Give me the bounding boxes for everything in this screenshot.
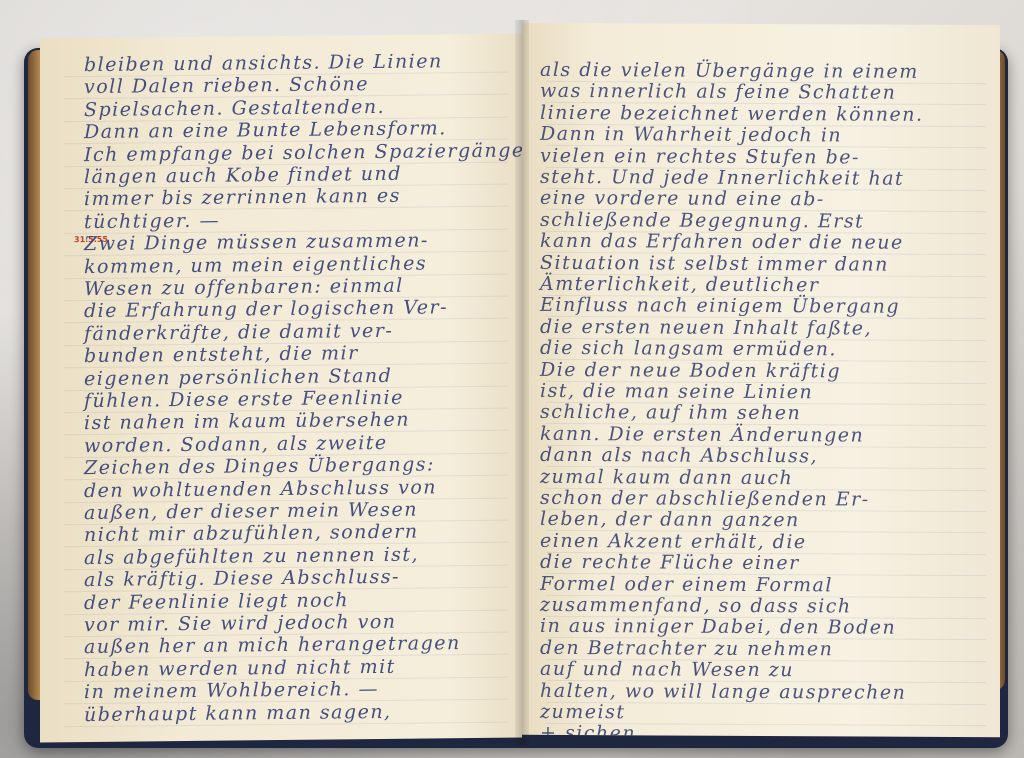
- handwritten-line: vor mir. Sie wird jedoch von: [84, 611, 397, 636]
- handwritten-line: Wesen zu offenbaren: einmal: [84, 275, 404, 300]
- handwritten-line: halten, wo will lange ausprechen: [540, 679, 906, 703]
- handwritten-line: liniere bezeichnet werden können.: [540, 102, 924, 126]
- handwritten-line: fänderkräfte, die damit ver-: [84, 320, 393, 345]
- handwritten-line: haben werden und nicht mit: [84, 656, 396, 681]
- handwritten-line: tüchtiger. —: [84, 209, 220, 232]
- handwritten-line: bunden entsteht, die mir: [84, 342, 359, 367]
- handwritten-line: Situation ist selbst immer dann: [540, 251, 889, 275]
- handwritten-line: die Erfahrung der logischen Ver-: [84, 297, 448, 323]
- handwritten-line: worden. Sodann, als zweite: [84, 432, 388, 457]
- handwritten-line: einen Akzent erhält, die: [540, 530, 807, 553]
- handwritten-line: leben, der dann ganzen: [540, 508, 800, 531]
- handwritten-line: die ersten neuen Inhalt faßte,: [540, 316, 872, 340]
- handwritten-line: nicht mir abzufühlen, sondern: [84, 521, 419, 547]
- handwritten-line: schließende Begegnung. Erst: [540, 209, 864, 233]
- left-page: 31.5.55 bleiben und ansichts. Die Linien…: [40, 33, 522, 742]
- handwritten-line: eine vordere und eine ab-: [540, 187, 825, 210]
- handwritten-line: schliche, auf ihm sehen: [540, 401, 801, 424]
- handwritten-line: Spielsachen. Gestaltenden.: [84, 96, 385, 121]
- handwritten-line: kann. Die ersten Änderungen: [540, 423, 864, 447]
- handwritten-line: Ämterlichkeit, deutlicher: [540, 273, 819, 296]
- handwritten-line: voll Dalen rieben. Schöne: [84, 73, 369, 98]
- handwritten-line: fühlen. Diese erste Feenlinie: [84, 387, 404, 412]
- handwritten-line: zumeist: [540, 701, 625, 723]
- notebook-gutter: [515, 20, 529, 745]
- handwritten-line: vielen ein rechtes Stufen be-: [540, 144, 860, 168]
- handwritten-line: als abgefühlten zu nennen ist,: [84, 543, 419, 569]
- handwritten-line: ist, die man seine Linien: [540, 380, 813, 403]
- handwritten-line: eigenen persönlichen Stand: [84, 364, 392, 389]
- handwritten-line: den wohltuenden Abschluss von: [84, 476, 437, 502]
- handwritten-line: ist nahen im kaum übersehen: [84, 409, 410, 434]
- handwritten-line: als die vielen Übergänge in einem: [540, 59, 919, 83]
- handwritten-line: den Betrachter zu nehmen: [540, 637, 833, 661]
- handwritten-line: als kräftig. Diese Abschluss-: [84, 566, 400, 591]
- handwritten-line: auf und nach Wesen zu: [540, 658, 794, 681]
- handwritten-line: Dann in Wahrheit jedoch in: [540, 123, 842, 147]
- handwritten-line: schon der abschließenden Er-: [540, 487, 870, 511]
- handwritten-line: Formel oder einem Formal: [540, 572, 833, 596]
- handwritten-line: überhaupt kann man sagen,: [84, 700, 392, 725]
- handwritten-line: kommen, um mein eigentliches: [84, 252, 427, 278]
- handwritten-line: Dann an eine Bunte Lebensform.: [84, 117, 447, 143]
- handwritten-line: in aus inniger Dabei, den Boden: [540, 615, 896, 639]
- handwritten-line: die rechte Flüche einer: [540, 551, 800, 574]
- handwritten-line: Zeichen des Dinges Übergangs:: [84, 454, 435, 480]
- right-page: als die vielen Übergänge in einemwas inn…: [522, 23, 1000, 738]
- handwritten-line: was innerlich als feine Schatten: [540, 80, 896, 104]
- handwritten-line: der Feenlinie liegt noch: [84, 589, 349, 614]
- handwritten-line: immer bis zerrinnen kann es: [84, 185, 401, 210]
- handwritten-line: kann das Erfahren oder die neue: [540, 230, 904, 254]
- handwritten-line: zumal kaum dann auch: [540, 465, 793, 488]
- handwritten-line: Zwei Dinge müssen zusammen-: [84, 230, 429, 256]
- handwritten-line: dann als nach Abschluss,: [540, 444, 818, 467]
- handwritten-line: in meinem Wohlbereich. —: [84, 678, 379, 703]
- handwritten-line: bleiben und ansichts. Die Linien: [84, 50, 443, 76]
- handwritten-line: Ich empfange bei solchen Spaziergängen: [84, 139, 522, 166]
- handwritten-line: Die der neue Boden kräftig: [540, 358, 841, 382]
- handwritten-line: außen, der dieser mein Wesen: [84, 499, 418, 524]
- handwritten-line: längen auch Kobe findet und: [84, 163, 402, 188]
- handwritten-line: steht. Und jede Innerlichkeit hat: [540, 166, 904, 190]
- handwritten-line: Einfluss nach einigem Übergang: [540, 294, 900, 318]
- handwritten-line: außen her an mich herangetragen: [84, 633, 461, 659]
- handwritten-line: zusammenfand, so dass sich: [540, 594, 852, 618]
- handwritten-line: die sich langsam ermüden.: [540, 337, 837, 361]
